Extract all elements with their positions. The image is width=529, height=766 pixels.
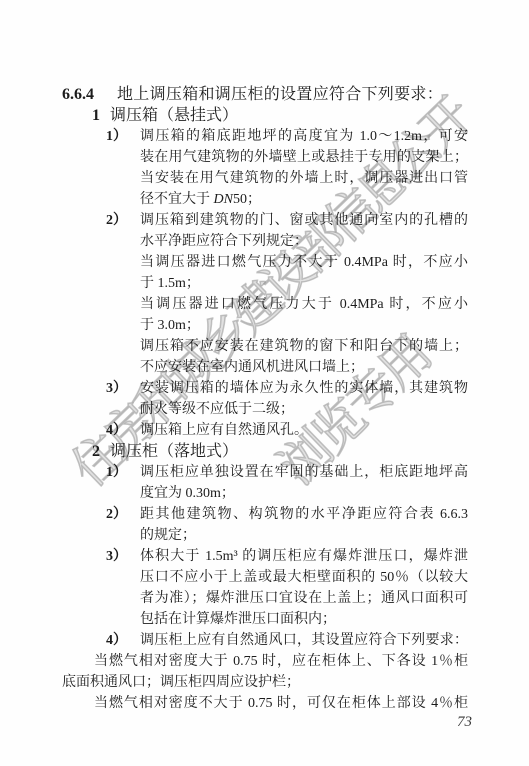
text-segment: 安装调压箱的墙体应为永久性的实体墙，其建筑物 (140, 381, 468, 396)
text-segment: 者为准）；爆炸泄压口宜设在上盖上；通风口面积可 (140, 591, 468, 606)
text-line: 不应安装在室内通风机进风口墙上； (62, 357, 468, 378)
list-number: 2） (106, 504, 127, 525)
list-number: 3） (106, 546, 127, 567)
text-segment: 调压柜应单独设置在牢固的基础上，柜底距地坪高 (140, 465, 468, 480)
closing-paragraph: 当燃气相对密度大于 0.75 时，应在柜体上、下各设 1％柜底面积通风口；调压柜… (62, 651, 468, 693)
text-line: 水平净距应符合下列规定： (62, 231, 468, 252)
text-segment: 的规定； (140, 528, 196, 543)
text-line: 的规定； (62, 525, 468, 546)
numbered-item: 3）安装调压箱的墙体应为永久性的实体墙，其建筑物耐火等级不应低于二级； (62, 378, 468, 420)
text-line: 于 3.0m； (62, 315, 468, 336)
text-segment: 距其他建筑物、构筑物的水平净距应符合表 6.6.3 (140, 507, 468, 522)
text-line: 于 1.5m； (62, 273, 468, 294)
list-number: 3） (106, 378, 127, 399)
text-segment: 包括在计算爆炸泄压口面积内； (140, 612, 336, 627)
text-segment: 度宜为 0.30m； (140, 486, 235, 501)
continuation-paragraph: 调压箱不应安装在建筑物的窗下和阳台下的墙上；不应安装在室内通风机进风口墙上； (62, 336, 468, 378)
list-number: 4） (106, 630, 127, 651)
text-line: 调压箱（悬挂式） (62, 105, 468, 126)
text-line: 装在用气建筑物的外墙壁上或悬挂于专用的支架上； (62, 147, 468, 168)
text-segment: 调压柜（落地式） (110, 443, 238, 460)
text-segment: 耐火等级不应低于二级； (140, 402, 294, 417)
text-segment: 压口不应小于上盖或最大柜壁面积的 50％（以较大 (140, 570, 468, 585)
list-number: 6.6.4 (62, 84, 94, 105)
text-segment: 于 3.0m； (140, 318, 200, 333)
text-line: 包括在计算爆炸泄压口面积内； (62, 609, 468, 630)
text-segment: 调压柜上应有自然通风口，其设置应符合下列要求： (140, 633, 468, 648)
clause-heading: 6.6.4地上调压箱和调压柜的设置应符合下列要求： (62, 84, 468, 105)
text-line: 当调压器进口燃气压力不大于 0.4MPa 时，不应小 (62, 252, 468, 273)
text-segment: 当燃气相对密度不大于 0.75 时，可仅在柜体上部设 4％柜 (94, 696, 468, 711)
text-segment: DN (214, 192, 233, 207)
sub-list-heading: 2调压柜（落地式） (62, 441, 468, 462)
text-segment: 底面积通风口；调压柜四周应设护栏； (62, 675, 300, 690)
numbered-item: 1）调压柜应单独设置在牢固的基础上，柜底距地坪高度宜为 0.30m； (62, 462, 468, 504)
numbered-item: 2）距其他建筑物、构筑物的水平净距应符合表 6.6.3的规定； (62, 504, 468, 546)
list-number: 4） (106, 420, 127, 441)
text-segment: 调压箱（悬挂式） (110, 107, 238, 124)
text-line: 当安装在用气建筑物的外墙上时，调压器进出口管 (62, 168, 468, 189)
text-segment: 当调压器进口燃气压力不大于 0.4MPa 时，不应小 (140, 255, 468, 270)
text-segment: 调压箱到建筑物的门、窗或其他通向室内的孔槽的 (140, 213, 468, 228)
text-segment: 于 1.5m； (140, 276, 200, 291)
text-segment: 当燃气相对密度大于 0.75 时，应在柜体上、下各设 1％柜 (94, 654, 468, 669)
sub-list-heading: 1调压箱（悬挂式） (62, 105, 468, 126)
text-segment: 不应安装在室内通风机进风口墙上； (140, 360, 364, 375)
text-segment: 装在用气建筑物的外墙壁上或悬挂于专用的支架上； (140, 150, 468, 165)
numbered-item: 3）体积大于 1.5m³ 的调压柜应有爆炸泄压口，爆炸泄压口不应小于上盖或最大柜… (62, 546, 468, 630)
text-body: 6.6.4地上调压箱和调压柜的设置应符合下列要求：1调压箱（悬挂式）1）调压箱的… (62, 84, 468, 714)
text-segment: 50； (233, 192, 261, 207)
list-number: 1） (106, 462, 127, 483)
text-segment: 调压箱的箱底距地坪的高度宜为 1.0～1.2m，可安 (140, 129, 468, 144)
text-segment: 径不宜大于 (140, 192, 214, 207)
text-line: 当调压器进口燃气压力大于 0.4MPa 时，不应小 (62, 294, 468, 315)
list-number: 2 (92, 441, 100, 462)
text-line: 地上调压箱和调压柜的设置应符合下列要求： (62, 84, 468, 105)
text-line: 调压柜（落地式） (62, 441, 468, 462)
list-number: 1） (106, 126, 127, 147)
text-segment: 当调压器进口燃气压力大于 0.4MPa 时，不应小 (140, 297, 468, 312)
text-segment: 地上调压箱和调压柜的设置应符合下列要求： (117, 86, 443, 103)
text-line: 底面积通风口；调压柜四周应设护栏； (62, 672, 468, 693)
text-line: 调压箱不应安装在建筑物的窗下和阳台下的墙上； (62, 336, 468, 357)
numbered-item: 2）调压箱到建筑物的门、窗或其他通向室内的孔槽的水平净距应符合下列规定： (62, 210, 468, 252)
continuation-paragraph: 当调压器进口燃气压力不大于 0.4MPa 时，不应小于 1.5m； (62, 252, 468, 294)
text-line: 者为准）；爆炸泄压口宜设在上盖上；通风口面积可 (62, 588, 468, 609)
text-line: 径不宜大于 DN50； (62, 189, 468, 210)
document-page: 住房和城乡建设部信息公开 浏览专用 6.6.4地上调压箱和调压柜的设置应符合下列… (0, 0, 529, 766)
list-number: 1 (92, 105, 100, 126)
text-line: 压口不应小于上盖或最大柜壁面积的 50％（以较大 (62, 567, 468, 588)
text-line: 耐火等级不应低于二级； (62, 399, 468, 420)
continuation-paragraph: 当调压器进口燃气压力大于 0.4MPa 时，不应小于 3.0m； (62, 294, 468, 336)
text-segment: 体积大于 1.5m³ 的调压柜应有爆炸泄压口，爆炸泄 (140, 549, 468, 564)
page-number: 73 (457, 714, 472, 731)
text-segment: 调压箱上应有自然通风孔。 (140, 423, 308, 438)
text-line: 当燃气相对密度大于 0.75 时，应在柜体上、下各设 1％柜 (62, 651, 468, 672)
numbered-item: 4）调压柜上应有自然通风口，其设置应符合下列要求： (62, 630, 468, 651)
text-line: 度宜为 0.30m； (62, 483, 468, 504)
text-segment: 水平净距应符合下列规定： (140, 234, 308, 249)
text-segment: 当安装在用气建筑物的外墙上时，调压器进出口管 (140, 171, 468, 186)
text-segment: 调压箱不应安装在建筑物的窗下和阳台下的墙上； (140, 339, 468, 354)
numbered-item: 1）调压箱的箱底距地坪的高度宜为 1.0～1.2m，可安装在用气建筑物的外墙壁上… (62, 126, 468, 210)
closing-paragraph: 当燃气相对密度不大于 0.75 时，可仅在柜体上部设 4％柜 (62, 693, 468, 714)
text-line: 当燃气相对密度不大于 0.75 时，可仅在柜体上部设 4％柜 (62, 693, 468, 714)
list-number: 2） (106, 210, 127, 231)
numbered-item: 4）调压箱上应有自然通风孔。 (62, 420, 468, 441)
